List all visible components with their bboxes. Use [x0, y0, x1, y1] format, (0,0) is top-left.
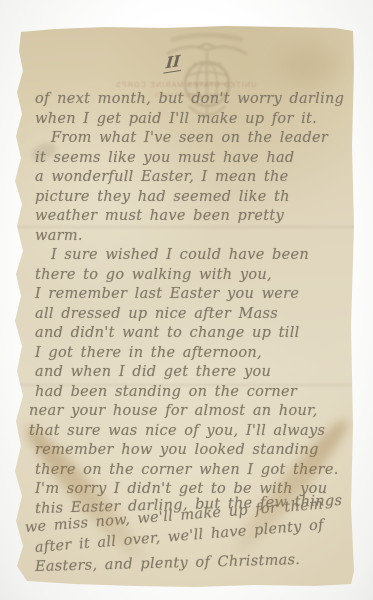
letter-line: I sure wished I could have been [35, 246, 348, 266]
letter-line: had been standing on the corner [35, 383, 348, 403]
letter-page: United States Marine Corps Headquarters … [15, 26, 356, 587]
letter-line: that sure was nice of you, I'll always [29, 422, 348, 442]
letter-line: near your house for almost an hour, [29, 402, 348, 422]
letter-line: I remember last Easter you were [35, 285, 348, 305]
letter-line: and didn't want to change up till [35, 324, 348, 344]
letter-line: it seems like you must have had [35, 149, 348, 169]
letter-line: warm. [35, 227, 348, 247]
letter-line: I got there in the afternoon, [35, 344, 348, 364]
letter-line: there to go walking with you, [35, 266, 348, 286]
letter-line: and when I did get there you [35, 363, 348, 383]
stain [273, 40, 345, 92]
letter-line: when I get paid I'll make up for it. [35, 110, 348, 130]
letter-line: of next month, but don't worry darling [35, 90, 348, 110]
letter-body: of next month, but don't worry darling w… [15, 26, 356, 587]
letter-line: a wonderfull Easter, I mean the [35, 168, 348, 188]
photo-of-letter: United States Marine Corps Headquarters … [0, 0, 373, 600]
letter-line: all dressed up nice after Mass [35, 305, 348, 325]
letter-line: From what I've seen on the leader [35, 129, 348, 149]
letter-line: picture they had seemed like th [35, 188, 348, 208]
letter-line: weather must have been pretty [35, 207, 348, 227]
